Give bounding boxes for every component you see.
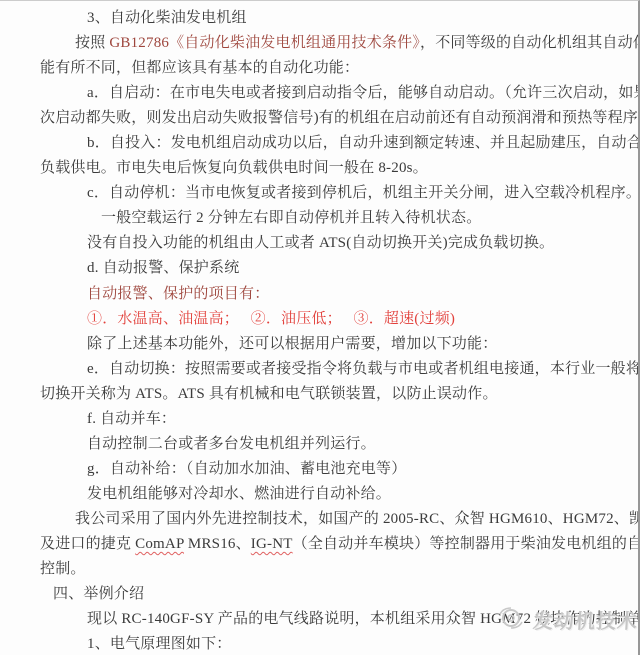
text-segment: 及进口的捷克 xyxy=(40,536,135,552)
text-segment: e．自动切换：按照需要或者接受指令将负载与市电或者机组电接通，本行业一般将自动 xyxy=(87,361,640,377)
text-line: 除了上述基本功能外，还可以根据用户需要，增加以下功能： xyxy=(0,332,638,357)
text-segment: ①．水温高、油温高； ②．油压低； ③．超速(过频) xyxy=(87,311,455,327)
text-line: 负载供电。市电失电后恢复向负载供电时间一般在 8-20s。 xyxy=(0,156,638,181)
text-segment: 3、自动化柴油发电机组 xyxy=(87,10,247,26)
text-line: 控制。 xyxy=(0,557,638,582)
text-segment: 按照 xyxy=(75,35,109,51)
text-line: 我公司采用了国内外先进控制技术，如国产的 2005-RC、众智 HGM610、H… xyxy=(0,507,638,532)
text-line: e．自动切换：按照需要或者接受指令将负载与市电或者机组电接通，本行业一般将自动 xyxy=(0,357,638,382)
text-line: 一般空载运行 2 分钟左右即自动停机并且转入待机状态。 xyxy=(0,206,638,231)
text-segment: 负载供电。市电失电后恢复向负载供电时间一般在 8-20s。 xyxy=(40,160,428,176)
spellcheck-word: IG-NT xyxy=(251,536,293,552)
text-segment: b．自投入：发电机组启动成功以后，自动升速到额定转速、并且起励建压，自动合闸向 xyxy=(87,135,640,151)
text-segment: 没有自投入功能的机组由人工或者 ATS(自动切换开关)完成负载切换。 xyxy=(87,235,554,251)
text-segment: 1、电气原理图如下： xyxy=(87,636,232,652)
text-line: ①．水温高、油温高； ②．油压低； ③．超速(过频) xyxy=(0,307,638,332)
text-segment: 四、举例介绍 xyxy=(53,586,144,602)
text-line: 1、电气原理图如下： xyxy=(0,632,638,655)
text-segment: GB12786《自动化柴油发电机组通用技术条件》 xyxy=(109,35,420,51)
text-line: f. 自动并车： xyxy=(0,407,638,432)
document-lines: 3、自动化柴油发电机组按照 GB12786《自动化柴油发电机组通用技术条件》，不… xyxy=(0,1,638,655)
text-segment: 自动报警、保护的项目有： xyxy=(87,286,269,302)
text-segment: 能有所不同，但都应该具有基本的自动化功能： xyxy=(40,60,359,76)
spellcheck-word: ComAP xyxy=(135,536,184,552)
text-segment: c．自动停机：当市电恢复或者接到停机后，机组主开关分闸，进入空载冷机程序。 xyxy=(87,185,640,201)
text-segment: 我公司采用了国内外先进控制技术，如国产的 2005-RC、众智 HGM610、H… xyxy=(75,511,640,527)
text-segment: 除了上述基本功能外，还可以根据用户需要，增加以下功能： xyxy=(87,336,497,352)
text-line: 自动报警、保护的项目有： xyxy=(0,282,638,307)
text-segment: g．自动补给：（自动加水加油、蓄电池充电等） xyxy=(87,461,406,477)
text-segment: MRS16、 xyxy=(184,536,251,552)
text-line: a．自启动：在市电失电或者接到启动指令后，能够自动启动。（允许三次启动，如果三 xyxy=(0,81,638,106)
text-line: 按照 GB12786《自动化柴油发电机组通用技术条件》，不同等级的自动化机组其自… xyxy=(0,31,638,56)
document-page: 3、自动化柴油发电机组按照 GB12786《自动化柴油发电机组通用技术条件》，不… xyxy=(0,0,640,655)
text-segment: 控制。 xyxy=(40,561,86,577)
text-segment: ，不同等级的自动化机组其自动化功 xyxy=(420,35,640,51)
text-line: d. 自动报警、保护系统 xyxy=(0,256,638,281)
text-line: 3、自动化柴油发电机组 xyxy=(0,6,638,31)
text-segment: （全自动并车模块）等控制器用于柴油发电机组的自动化 xyxy=(293,536,640,552)
text-line: 及进口的捷克 ComAP MRS16、IG-NT（全自动并车模块）等控制器用于柴… xyxy=(0,532,638,557)
text-segment: 一般空载运行 2 分钟左右即自动停机并且转入待机状态。 xyxy=(101,210,481,226)
text-segment: a．自启动：在市电失电或者接到启动指令后，能够自动启动。（允许三次启动，如果三 xyxy=(87,85,640,101)
text-line: c．自动停机：当市电恢复或者接到停机后，机组主开关分闸，进入空载冷机程序。 xyxy=(0,181,638,206)
text-line: 能有所不同，但都应该具有基本的自动化功能： xyxy=(0,56,638,81)
text-line: 自动控制二台或者多台发电机组并列运行。 xyxy=(0,432,638,457)
text-segment: 切换开关称为 ATS。ATS 具有机械和电气联锁装置，以防止误动作。 xyxy=(40,386,498,402)
text-line: 发电机组能够对冷却水、燃油进行自动补给。 xyxy=(0,482,638,507)
text-line: 切换开关称为 ATS。ATS 具有机械和电气联锁装置，以防止误动作。 xyxy=(0,382,638,407)
text-line: 没有自投入功能的机组由人工或者 ATS(自动切换开关)完成负载切换。 xyxy=(0,231,638,256)
text-line: 现以 RC-140GF-SY 产品的电气线路说明，本机组采用众智 HGM72 模… xyxy=(0,607,638,632)
text-segment: 自动控制二台或者多台发电机组并列运行。 xyxy=(87,436,376,452)
text-line: 次启动都失败，则发出启动失败报警信号)有的机组在启动前还有自动预润滑和预热等程序… xyxy=(0,106,638,131)
text-segment: d. 自动报警、保护系统 xyxy=(87,260,239,276)
text-segment: 发电机组能够对冷却水、燃油进行自动补给。 xyxy=(87,486,391,502)
text-segment: f. 自动并车： xyxy=(87,411,176,427)
text-line: g．自动补给：（自动加水加油、蓄电池充电等） xyxy=(0,457,638,482)
text-segment: 次启动都失败，则发出启动失败报警信号)有的机组在启动前还有自动预润滑和预热等程序… xyxy=(40,110,640,126)
text-line: b．自投入：发电机组启动成功以后，自动升速到额定转速、并且起励建压，自动合闸向 xyxy=(0,131,638,156)
text-segment: 现以 RC-140GF-SY 产品的电气线路说明，本机组采用众智 HGM72 模… xyxy=(87,611,640,627)
text-line: 四、举例介绍 xyxy=(0,582,638,607)
